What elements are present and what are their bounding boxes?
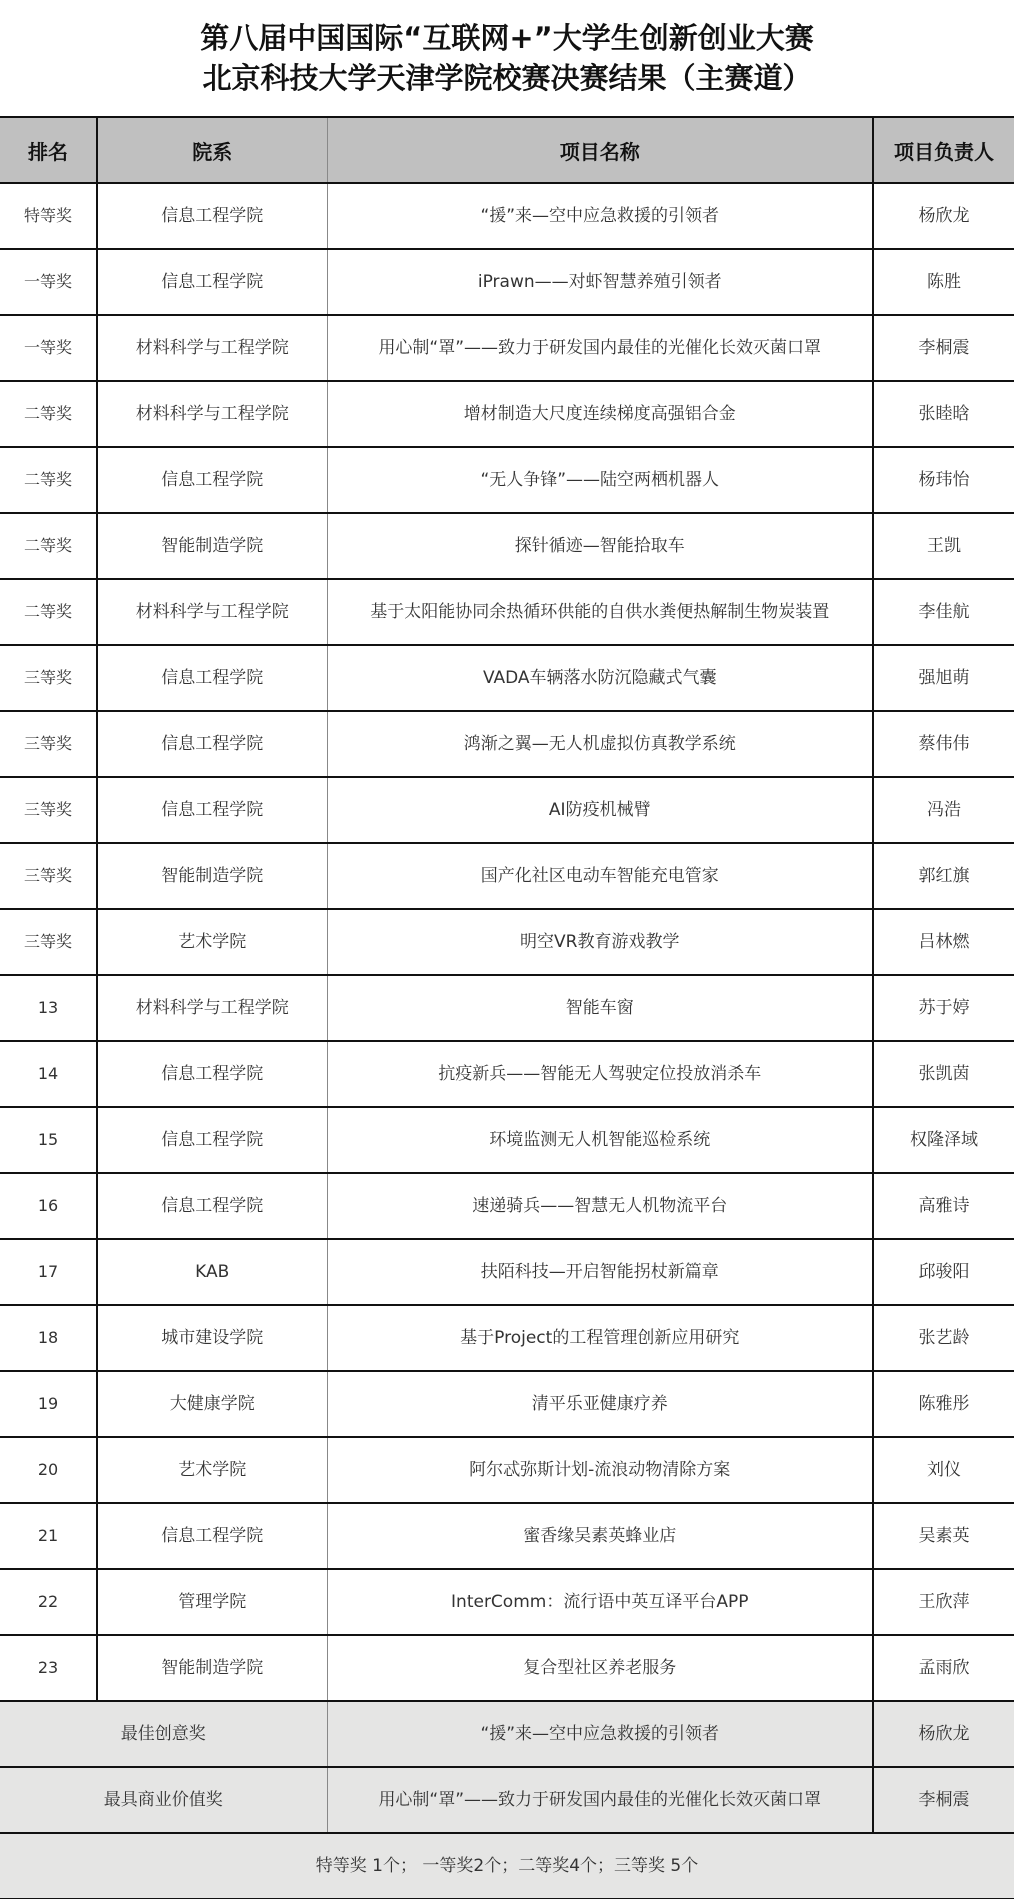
table-row: 三等奖 智能制造学院 国产化社区电动车智能充电管家 郭红旗 [0, 843, 1014, 909]
dept-cell: 材料科学与工程学院 [97, 381, 327, 447]
dept-cell: 信息工程学院 [97, 1173, 327, 1239]
project-cell: 速递骑兵——智慧无人机物流平台 [327, 1173, 873, 1239]
title-line-1: 第八届中国国际“互联网+”大学生创新创业大赛 [200, 18, 813, 58]
award-name-cell: 最佳创意奖 [0, 1701, 327, 1767]
leader-cell: 高雅诗 [873, 1173, 1014, 1239]
project-cell: 用心制“罩”——致力于研发国内最佳的光催化长效灭菌口罩 [327, 315, 873, 381]
dept-cell: 城市建设学院 [97, 1305, 327, 1371]
header-rank: 排名 [0, 117, 97, 183]
results-page: 第八届中国国际“互联网+”大学生创新创业大赛 北京科技大学天津学院校赛决赛结果（… [0, 0, 1014, 1899]
table-row: 19 大健康学院 清平乐亚健康疗养 陈雅彤 [0, 1371, 1014, 1437]
leader-cell: 杨欣龙 [873, 183, 1014, 249]
table-row: 三等奖 信息工程学院 鸿渐之翼—无人机虚拟仿真教学系统 蔡伟伟 [0, 711, 1014, 777]
project-cell: “援”来—空中应急救援的引领者 [327, 183, 873, 249]
results-table: 排名 院系 项目名称 项目负责人 特等奖 信息工程学院 “援”来—空中应急救援的… [0, 116, 1014, 1899]
rank-cell: 三等奖 [0, 909, 97, 975]
table-row: 14 信息工程学院 抗疫新兵——智能无人驾驶定位投放消杀车 张凯茵 [0, 1041, 1014, 1107]
dept-cell: 信息工程学院 [97, 447, 327, 513]
header-project: 项目名称 [327, 117, 873, 183]
rank-cell: 二等奖 [0, 447, 97, 513]
table-row: 22 管理学院 InterComm：流行语中英互译平台APP 王欣萍 [0, 1569, 1014, 1635]
dept-cell: 信息工程学院 [97, 645, 327, 711]
dept-cell: KAB [97, 1239, 327, 1305]
leader-cell: 杨玮怡 [873, 447, 1014, 513]
table-row: 21 信息工程学院 蜜香缘吴素英蜂业店 吴素英 [0, 1503, 1014, 1569]
leader-cell: 王欣萍 [873, 1569, 1014, 1635]
table-row: 三等奖 信息工程学院 VADA车辆落水防沉隐藏式气囊 强旭萌 [0, 645, 1014, 711]
dept-cell: 信息工程学院 [97, 1041, 327, 1107]
project-cell: 基于太阳能协同余热循环供能的自供水粪便热解制生物炭装置 [327, 579, 873, 645]
leader-cell: 邱骏阳 [873, 1239, 1014, 1305]
project-cell: 阿尔忒弥斯计划-流浪动物清除方案 [327, 1437, 873, 1503]
title-line-2: 北京科技大学天津学院校赛决赛结果（主赛道） [202, 58, 811, 98]
summary-row: 特等奖 1个； 一等奖2个；二等奖4个；三等奖 5个 [0, 1833, 1014, 1899]
table-row: 13 材料科学与工程学院 智能车窗 苏于婷 [0, 975, 1014, 1041]
rank-cell: 21 [0, 1503, 97, 1569]
dept-cell: 信息工程学院 [97, 711, 327, 777]
table-row: 15 信息工程学院 环境监测无人机智能巡检系统 权隆泽域 [0, 1107, 1014, 1173]
table-row: 二等奖 信息工程学院 “无人争锋”——陆空两栖机器人 杨玮怡 [0, 447, 1014, 513]
leader-cell: 张凯茵 [873, 1041, 1014, 1107]
leader-cell: 杨欣龙 [873, 1701, 1014, 1767]
results-body: 特等奖 信息工程学院 “援”来—空中应急救援的引领者 杨欣龙 一等奖 信息工程学… [0, 183, 1014, 1899]
project-cell: 抗疫新兵——智能无人驾驶定位投放消杀车 [327, 1041, 873, 1107]
table-row: 17 KAB 扶陌科技—开启智能拐杖新篇章 邱骏阳 [0, 1239, 1014, 1305]
project-cell: VADA车辆落水防沉隐藏式气囊 [327, 645, 873, 711]
title-block: 第八届中国国际“互联网+”大学生创新创业大赛 北京科技大学天津学院校赛决赛结果（… [0, 0, 1014, 116]
project-cell: InterComm：流行语中英互译平台APP [327, 1569, 873, 1635]
leader-cell: 李桐震 [873, 315, 1014, 381]
table-row: 特等奖 信息工程学院 “援”来—空中应急救援的引领者 杨欣龙 [0, 183, 1014, 249]
project-cell: 环境监测无人机智能巡检系统 [327, 1107, 873, 1173]
table-row: 三等奖 信息工程学院 AI防疫机械臂 冯浩 [0, 777, 1014, 843]
dept-cell: 材料科学与工程学院 [97, 579, 327, 645]
project-cell: 基于Project的工程管理创新应用研究 [327, 1305, 873, 1371]
rank-cell: 三等奖 [0, 843, 97, 909]
dept-cell: 智能制造学院 [97, 513, 327, 579]
table-row: 20 艺术学院 阿尔忒弥斯计划-流浪动物清除方案 刘仪 [0, 1437, 1014, 1503]
project-cell: 复合型社区养老服务 [327, 1635, 873, 1701]
dept-cell: 艺术学院 [97, 1437, 327, 1503]
table-row: 二等奖 智能制造学院 探针循迹—智能拾取车 王凯 [0, 513, 1014, 579]
project-cell: 智能车窗 [327, 975, 873, 1041]
rank-cell: 三等奖 [0, 777, 97, 843]
leader-cell: 郭红旗 [873, 843, 1014, 909]
project-cell: iPrawn——对虾智慧养殖引领者 [327, 249, 873, 315]
leader-cell: 孟雨欣 [873, 1635, 1014, 1701]
project-cell: 探针循迹—智能拾取车 [327, 513, 873, 579]
table-row: 23 智能制造学院 复合型社区养老服务 孟雨欣 [0, 1635, 1014, 1701]
special-award-row: 最佳创意奖 “援”来—空中应急救援的引领者 杨欣龙 [0, 1701, 1014, 1767]
rank-cell: 13 [0, 975, 97, 1041]
table-row: 二等奖 材料科学与工程学院 基于太阳能协同余热循环供能的自供水粪便热解制生物炭装… [0, 579, 1014, 645]
dept-cell: 信息工程学院 [97, 1107, 327, 1173]
rank-cell: 一等奖 [0, 249, 97, 315]
table-row: 三等奖 艺术学院 明空VR教育游戏教学 吕林燃 [0, 909, 1014, 975]
dept-cell: 信息工程学院 [97, 249, 327, 315]
project-cell: 鸿渐之翼—无人机虚拟仿真教学系统 [327, 711, 873, 777]
leader-cell: 吴素英 [873, 1503, 1014, 1569]
dept-cell: 大健康学院 [97, 1371, 327, 1437]
leader-cell: 强旭萌 [873, 645, 1014, 711]
leader-cell: 陈雅彤 [873, 1371, 1014, 1437]
rank-cell: 16 [0, 1173, 97, 1239]
dept-cell: 智能制造学院 [97, 1635, 327, 1701]
header-row: 排名 院系 项目名称 项目负责人 [0, 117, 1014, 183]
leader-cell: 权隆泽域 [873, 1107, 1014, 1173]
project-cell: AI防疫机械臂 [327, 777, 873, 843]
special-award-row: 最具商业价值奖 用心制“罩”——致力于研发国内最佳的光催化长效灭菌口罩 李桐震 [0, 1767, 1014, 1833]
project-cell: 用心制“罩”——致力于研发国内最佳的光催化长效灭菌口罩 [327, 1767, 873, 1833]
project-cell: “援”来—空中应急救援的引领者 [327, 1701, 873, 1767]
leader-cell: 苏于婷 [873, 975, 1014, 1041]
dept-cell: 管理学院 [97, 1569, 327, 1635]
rank-cell: 三等奖 [0, 711, 97, 777]
project-cell: 国产化社区电动车智能充电管家 [327, 843, 873, 909]
award-name-cell: 最具商业价值奖 [0, 1767, 327, 1833]
project-cell: 明空VR教育游戏教学 [327, 909, 873, 975]
dept-cell: 信息工程学院 [97, 777, 327, 843]
project-cell: “无人争锋”——陆空两栖机器人 [327, 447, 873, 513]
rank-cell: 三等奖 [0, 645, 97, 711]
rank-cell: 22 [0, 1569, 97, 1635]
table-row: 一等奖 信息工程学院 iPrawn——对虾智慧养殖引领者 陈胜 [0, 249, 1014, 315]
header-dept: 院系 [97, 117, 327, 183]
leader-cell: 李桐震 [873, 1767, 1014, 1833]
header-leader: 项目负责人 [873, 117, 1014, 183]
rank-cell: 17 [0, 1239, 97, 1305]
leader-cell: 蔡伟伟 [873, 711, 1014, 777]
leader-cell: 刘仪 [873, 1437, 1014, 1503]
table-row: 一等奖 材料科学与工程学院 用心制“罩”——致力于研发国内最佳的光催化长效灭菌口… [0, 315, 1014, 381]
leader-cell: 王凯 [873, 513, 1014, 579]
dept-cell: 智能制造学院 [97, 843, 327, 909]
summary-cell: 特等奖 1个； 一等奖2个；二等奖4个；三等奖 5个 [0, 1833, 1014, 1899]
leader-cell: 冯浩 [873, 777, 1014, 843]
rank-cell: 二等奖 [0, 381, 97, 447]
project-cell: 扶陌科技—开启智能拐杖新篇章 [327, 1239, 873, 1305]
table-row: 18 城市建设学院 基于Project的工程管理创新应用研究 张艺龄 [0, 1305, 1014, 1371]
dept-cell: 信息工程学院 [97, 1503, 327, 1569]
rank-cell: 二等奖 [0, 513, 97, 579]
dept-cell: 材料科学与工程学院 [97, 315, 327, 381]
table-row: 16 信息工程学院 速递骑兵——智慧无人机物流平台 高雅诗 [0, 1173, 1014, 1239]
rank-cell: 15 [0, 1107, 97, 1173]
rank-cell: 20 [0, 1437, 97, 1503]
leader-cell: 张艺龄 [873, 1305, 1014, 1371]
project-cell: 增材制造大尺度连续梯度高强铝合金 [327, 381, 873, 447]
rank-cell: 14 [0, 1041, 97, 1107]
leader-cell: 张睦晗 [873, 381, 1014, 447]
leader-cell: 陈胜 [873, 249, 1014, 315]
dept-cell: 艺术学院 [97, 909, 327, 975]
rank-cell: 二等奖 [0, 579, 97, 645]
rank-cell: 23 [0, 1635, 97, 1701]
rank-cell: 特等奖 [0, 183, 97, 249]
project-cell: 清平乐亚健康疗养 [327, 1371, 873, 1437]
rank-cell: 19 [0, 1371, 97, 1437]
rank-cell: 一等奖 [0, 315, 97, 381]
project-cell: 蜜香缘吴素英蜂业店 [327, 1503, 873, 1569]
dept-cell: 信息工程学院 [97, 183, 327, 249]
dept-cell: 材料科学与工程学院 [97, 975, 327, 1041]
rank-cell: 18 [0, 1305, 97, 1371]
leader-cell: 李佳航 [873, 579, 1014, 645]
leader-cell: 吕林燃 [873, 909, 1014, 975]
table-row: 二等奖 材料科学与工程学院 增材制造大尺度连续梯度高强铝合金 张睦晗 [0, 381, 1014, 447]
